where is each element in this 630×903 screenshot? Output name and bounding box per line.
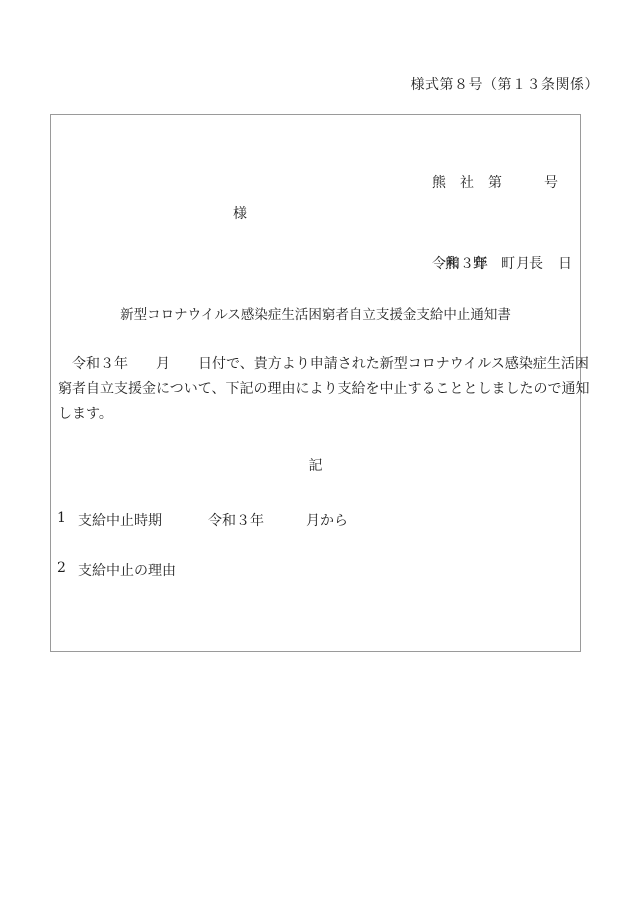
item-number: 1 xyxy=(57,510,78,530)
notice-box: 熊 社 第 号 令和３年 月 日 様 熊 野 町 長 新型コロナウイルス感染症生… xyxy=(50,114,581,652)
addressee-suffix: 様 xyxy=(233,203,247,223)
item-label: 支給中止の理由 xyxy=(78,560,208,580)
item-value: 令和３年 月から xyxy=(208,510,348,530)
form-style-label: 様式第８号（第１３条関係） xyxy=(411,74,600,94)
item-label: 支給中止時期 xyxy=(78,510,208,530)
document-header: 熊 社 第 号 令和３年 月 日 xyxy=(432,116,572,332)
item-row-suspension-period: 1 支給中止時期 令和３年 月から xyxy=(57,510,348,530)
body-paragraph: 令和３年 月 日付で、貴方より申請された新型コロナウイルス感染症生活困 窮者自立… xyxy=(58,352,589,427)
document-page: 様式第８号（第１３条関係） 熊 社 第 号 令和３年 月 日 様 熊 野 町 長… xyxy=(0,0,630,903)
sender-title: 熊 野 町 長 xyxy=(445,253,543,273)
doc-number-line: 熊 社 第 号 xyxy=(432,170,572,197)
item-number: 2 xyxy=(57,560,78,580)
document-title: 新型コロナウイルス感染症生活困窮者自立支援金支給中止通知書 xyxy=(51,303,580,323)
item-row-suspension-reason: 2 支給中止の理由 xyxy=(57,560,208,580)
section-marker-ki: 記 xyxy=(51,455,580,475)
